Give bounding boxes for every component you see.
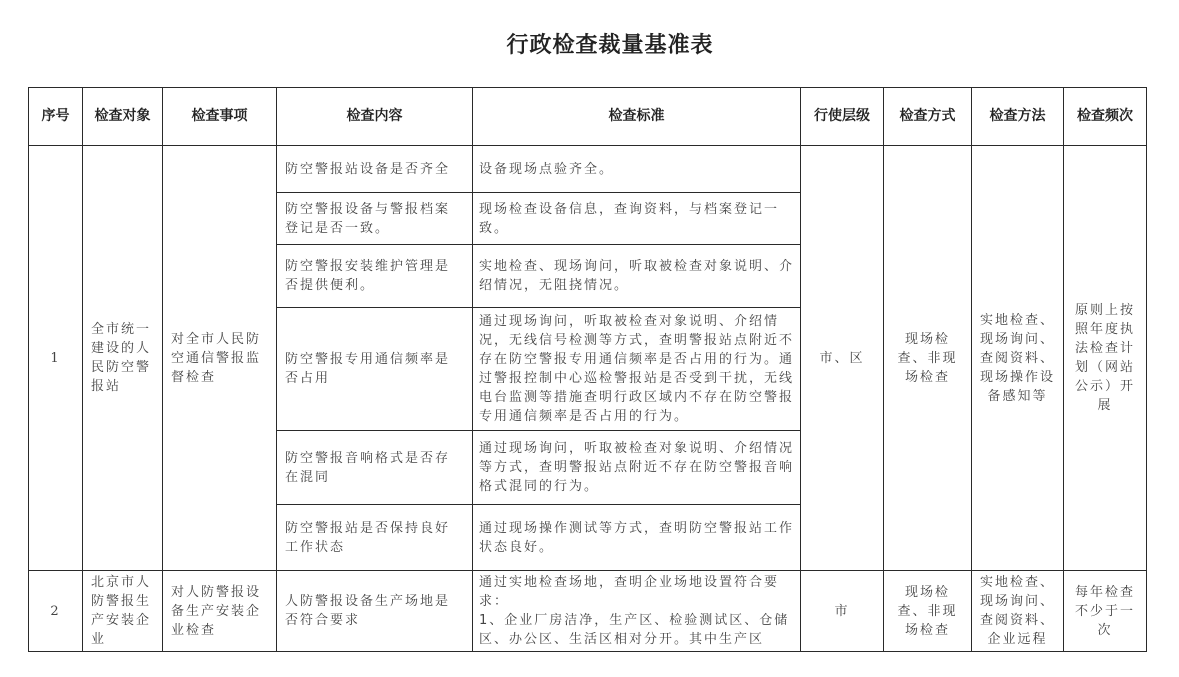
inspection-standard: 通过现场操作测试等方式，查明防空警报站工作状态良好。 [473, 505, 801, 571]
header-object: 检查对象 [83, 88, 163, 146]
inspection-method: 实地检查、现场询问、查阅资料、企业远程 [972, 571, 1064, 652]
table-row: 2 北京市人防警报生产安装企业 对人防警报设备生产安装企业检查 人防警报设备生产… [29, 571, 1147, 652]
header-frequency: 检查频次 [1064, 88, 1147, 146]
header-item: 检查事项 [163, 88, 277, 146]
header-level: 行使层级 [801, 88, 884, 146]
inspection-method: 实地检查、现场询问、查阅资料、现场操作设备感知等 [972, 146, 1064, 571]
header-content: 检查内容 [277, 88, 473, 146]
table-row: 1 全市统一建设的人民防空警报站 对全市人民防空通信警报监督检查 防空警报站设备… [29, 146, 1147, 193]
inspection-content: 防空警报安装维护管理是否提供便利。 [277, 245, 473, 308]
inspection-content: 防空警报专用通信频率是否占用 [277, 308, 473, 431]
standard-line: 1、企业厂房洁净，生产区、检验测试区、仓储区、办公区、生活区相对分开。其中生产区 [479, 611, 794, 649]
header-mode: 检查方式 [884, 88, 972, 146]
inspection-content: 防空警报站是否保持良好工作状态 [277, 505, 473, 571]
inspection-standard: 设备现场点验齐全。 [473, 146, 801, 193]
inspection-mode: 现场检查、非现场检查 [884, 571, 972, 652]
inspection-standard: 通过现场询问，听取被检查对象说明、介绍情况等方式，查明警报站点附近不存在防空警报… [473, 431, 801, 505]
page-title: 行政检查裁量基准表 [0, 28, 1179, 59]
inspection-item: 对全市人民防空通信警报监督检查 [163, 146, 277, 571]
row-index: 1 [29, 146, 83, 571]
inspection-standard-table: 序号 检查对象 检查事项 检查内容 检查标准 行使层级 检查方式 检查方法 检查… [28, 87, 1147, 652]
standard-line: 通过实地检查场地，查明企业场地设置符合要求： [479, 573, 794, 611]
exercise-level: 市 [801, 571, 884, 652]
header-row: 序号 检查对象 检查事项 检查内容 检查标准 行使层级 检查方式 检查方法 检查… [29, 88, 1147, 146]
header-standard: 检查标准 [473, 88, 801, 146]
inspection-standard: 通过现场询问，听取被检查对象说明、介绍情况，无线信号检测等方式，查明警报站点附近… [473, 308, 801, 431]
inspection-content: 防空警报音响格式是否存在混同 [277, 431, 473, 505]
header-method: 检查方法 [972, 88, 1064, 146]
inspection-item: 对人防警报设备生产安装企业检查 [163, 571, 277, 652]
inspection-object: 全市统一建设的人民防空警报站 [83, 146, 163, 571]
inspection-mode: 现场检查、非现场检查 [884, 146, 972, 571]
inspection-object: 北京市人防警报生产安装企业 [83, 571, 163, 652]
inspection-content: 防空警报设备与警报档案登记是否一致。 [277, 193, 473, 245]
inspection-content: 防空警报站设备是否齐全 [277, 146, 473, 193]
row-index: 2 [29, 571, 83, 652]
exercise-level: 市、区 [801, 146, 884, 571]
inspection-frequency: 原则上按照年度执法检查计划（网站公示）开展 [1064, 146, 1147, 571]
inspection-frequency: 每年检查不少于一次 [1064, 571, 1147, 652]
inspection-standard: 实地检查、现场询问，听取被检查对象说明、介绍情况，无阻挠情况。 [473, 245, 801, 308]
inspection-content: 人防警报设备生产场地是否符合要求 [277, 571, 473, 652]
inspection-standard: 现场检查设备信息，查询资料，与档案登记一致。 [473, 193, 801, 245]
header-index: 序号 [29, 88, 83, 146]
inspection-standard: 通过实地检查场地，查明企业场地设置符合要求： 1、企业厂房洁净，生产区、检验测试… [473, 571, 801, 652]
